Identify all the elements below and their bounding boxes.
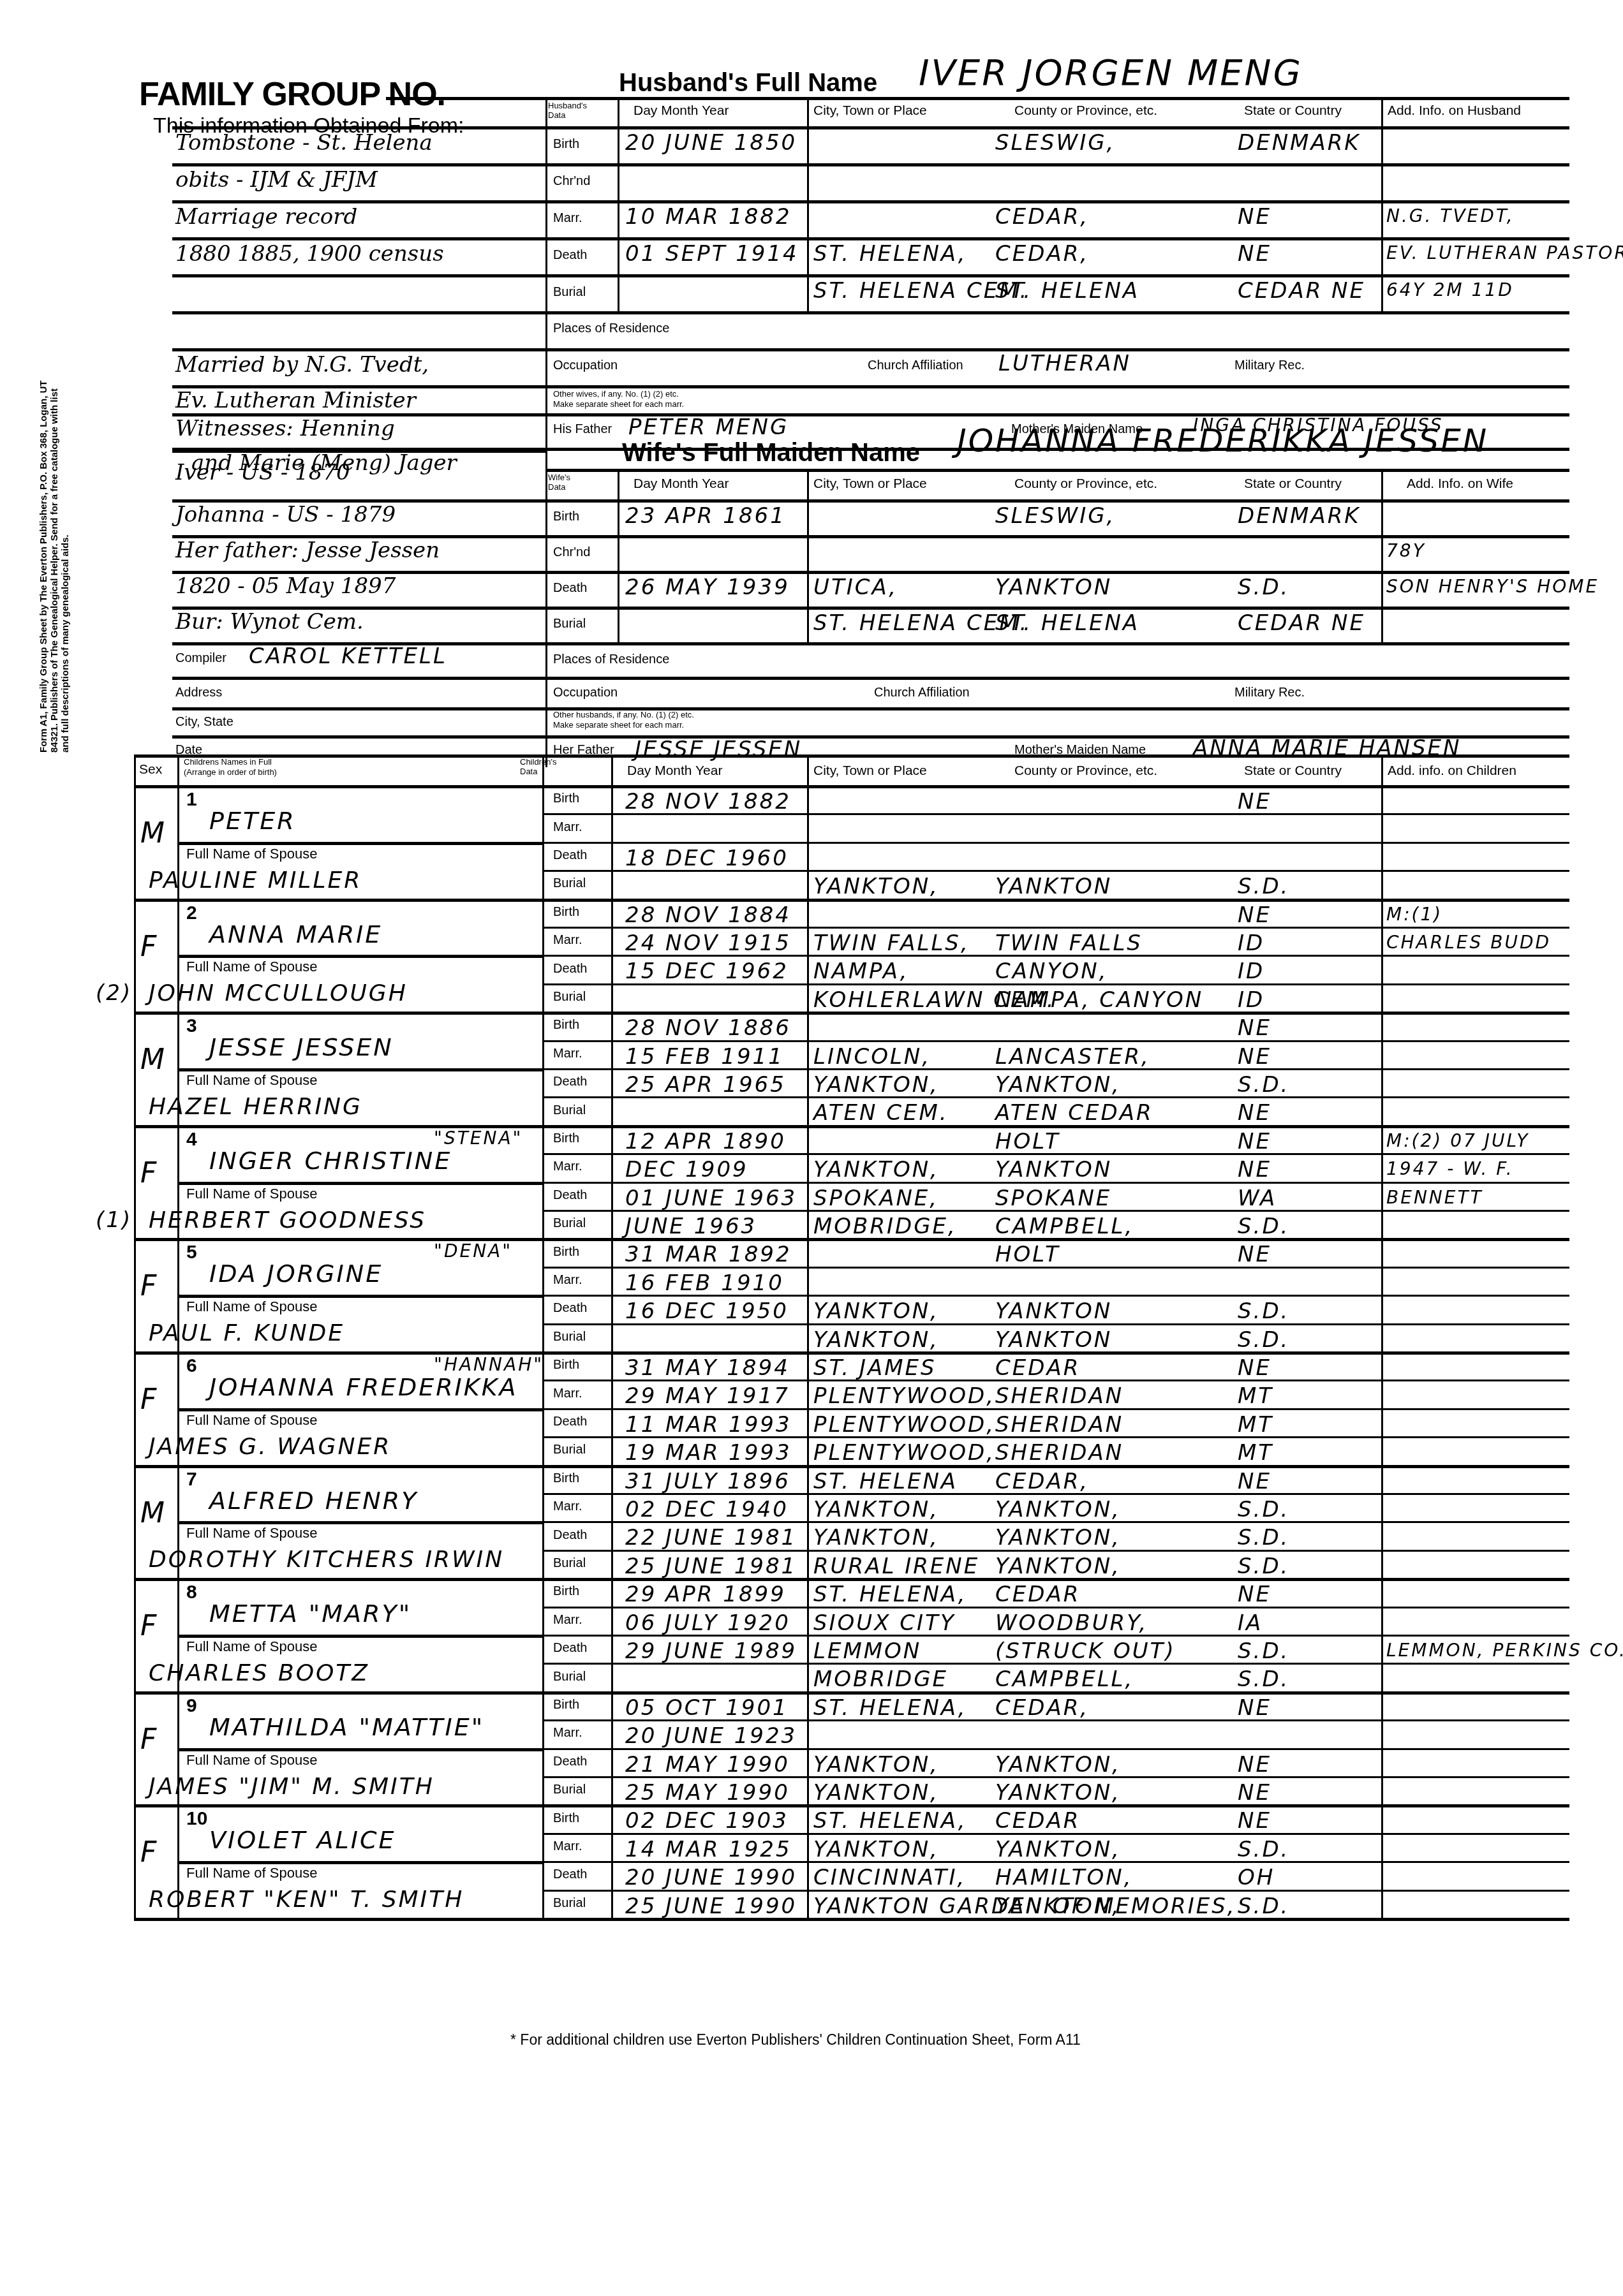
child-5-birth-state: NE <box>1238 1242 1271 1267</box>
places-of-residence-label: Places of Residence <box>553 321 669 336</box>
rule-line <box>542 1550 1569 1552</box>
child-7-birth-label: Birth <box>553 1471 579 1486</box>
child-4-death-state: WA <box>1238 1186 1277 1211</box>
child-6-marr-date: 29 May 1917 <box>625 1383 790 1409</box>
rule-line <box>177 1068 542 1071</box>
wife-birth-county: Sleswig, <box>995 503 1115 529</box>
child-3-burial-city: Aten Cem. <box>813 1100 949 1126</box>
child-7-death-city: Yankton, <box>813 1525 939 1550</box>
child-9-marr-label: Marr. <box>553 1726 582 1740</box>
source-note: Her father: Jesse Jessen <box>175 538 440 563</box>
child-8-death-info: Lemmon, Perkins Co. S.D. <box>1386 1640 1623 1661</box>
children-names-sub: (Arrange in order of birth) <box>184 767 277 777</box>
rule-line <box>542 842 1569 844</box>
other-husbands-sub: Make separate sheet for each marr. <box>553 720 684 730</box>
rule-line <box>177 1521 542 1524</box>
child-number: 9 <box>186 1695 197 1717</box>
child-9-burial-date: 25 May 1990 <box>625 1780 790 1806</box>
child-9-birth-state: NE <box>1238 1695 1271 1721</box>
child-spouse: Charles Bootz <box>149 1660 369 1686</box>
child-5-burial-state: S.D. <box>1238 1327 1289 1353</box>
rule-line <box>542 1210 1569 1212</box>
full-name-of-spouse-label: Full Name of Spouse <box>186 1638 317 1655</box>
child-2-marr-city: Twin Falls, <box>813 931 970 956</box>
footnote: * For additional children use Everton Pu… <box>510 2031 1081 2049</box>
full-name-of-spouse-label: Full Name of Spouse <box>186 1299 317 1315</box>
full-name-of-spouse-label: Full Name of Spouse <box>186 1186 317 1202</box>
child-5-birth-county: Holt <box>995 1242 1060 1267</box>
child-10-death-label: Death <box>553 1867 587 1882</box>
child-5-birth-label: Birth <box>553 1245 579 1260</box>
child-4-marr-label: Marr. <box>553 1159 582 1174</box>
child-7-birth-city: St. Helena <box>813 1469 958 1494</box>
child-8-marr-city: Sioux City <box>813 1610 956 1636</box>
child-spouse: Dorothy Kitchers Irwin <box>149 1547 504 1573</box>
children-state-header: State or Country <box>1244 763 1342 779</box>
child-3-death-city: Yankton, <box>813 1072 939 1098</box>
child-3-marr-city: Lincoln, <box>813 1044 931 1070</box>
child-10-burial-county: Yankton, <box>995 1894 1121 1919</box>
child-7-death-date: 22 June 1981 <box>625 1525 797 1550</box>
wifes-data-header: Wife's Data <box>548 473 586 492</box>
child-9-death-county: Yankton, <box>995 1752 1121 1777</box>
child-7-burial-city: rural Irene <box>813 1554 979 1579</box>
rule-line <box>134 1804 1569 1807</box>
child-number: 2 <box>186 902 197 924</box>
military-rec-label: Military Rec. <box>1234 358 1305 373</box>
child-sex: F <box>140 1270 158 1302</box>
husband-birth-label: Birth <box>553 137 579 152</box>
child-6-burial-label: Burial <box>553 1443 586 1457</box>
wife-father: Jesse Jessen <box>635 737 802 762</box>
child-name: Ida Jorgine <box>209 1260 383 1288</box>
source-note: Iver - US - 1870 <box>175 460 350 485</box>
rule-line <box>134 1578 1569 1581</box>
child-5-burial-city: Yankton, <box>813 1327 939 1353</box>
column-divider <box>542 754 544 1918</box>
wife-birth-state: Denmark <box>1238 503 1361 529</box>
rule-line <box>134 1238 1569 1241</box>
rule-line <box>542 983 1569 985</box>
child-7-birth-state: NE <box>1238 1469 1271 1494</box>
county-header: County or Province, etc. <box>1014 103 1157 119</box>
child-sex: M <box>140 1043 167 1076</box>
child-6-birth-city: St. James <box>813 1355 937 1381</box>
child-name: Violet Alice <box>209 1826 396 1854</box>
source-note: Ev. Lutheran Minister <box>175 388 416 413</box>
wife-death-label: Death <box>553 581 587 596</box>
child-6-death-city: Plentywood, <box>813 1412 995 1438</box>
child-3-death-label: Death <box>553 1075 587 1089</box>
rule-line <box>172 677 1569 680</box>
child-2-birth-date: 28 Nov 1884 <box>625 902 791 928</box>
rule-line <box>542 1267 1569 1269</box>
child-2-death-state: ID <box>1238 959 1264 984</box>
column-divider <box>807 469 809 642</box>
rule-line <box>542 1323 1569 1325</box>
child-sex: M <box>140 817 167 850</box>
husband-marr-info: N.G. Tvedt, <box>1386 205 1515 226</box>
rule-line <box>542 1408 1569 1410</box>
rule-line <box>172 311 1569 314</box>
child-10-marr-label: Marr. <box>553 1839 582 1854</box>
child-6-death-state: MT <box>1238 1412 1273 1438</box>
wife-death-info: son Henry's home <box>1386 576 1599 597</box>
child-8-marr-county: Woodbury, <box>995 1610 1148 1636</box>
child-8-burial-label: Burial <box>553 1670 586 1684</box>
rule-line <box>542 1890 1569 1892</box>
child-8-death-date: 29 June 1989 <box>625 1638 797 1664</box>
child-9-burial-city: Yankton, <box>813 1780 939 1806</box>
child-3-death-date: 25 Apr 1965 <box>625 1072 786 1098</box>
rule-line <box>542 955 1569 957</box>
child-sex: F <box>140 1610 158 1642</box>
child-8-burial-state: S.D. <box>1238 1667 1289 1692</box>
child-6-burial-date: 19 Mar 1993 <box>625 1440 792 1466</box>
rule-line <box>134 754 1569 758</box>
column-divider <box>611 754 613 1918</box>
wife-city-header: City, Town or Place <box>813 476 927 492</box>
rule-line <box>542 927 1569 929</box>
child-3-marr-state: NE <box>1238 1044 1271 1070</box>
child-8-death-state: S.D. <box>1238 1638 1289 1664</box>
child-name: Inger Christine <box>209 1147 452 1175</box>
child-4-death-date: 01 June 1963 <box>625 1186 797 1211</box>
child-9-burial-label: Burial <box>553 1783 586 1797</box>
child-4-marr-date: Dec 1909 <box>625 1157 748 1182</box>
other-husbands-label: Other husbands, if any. No. (1) (2) etc. <box>553 710 694 719</box>
column-divider <box>618 469 619 642</box>
child-10-death-city: Cincinnati, <box>813 1865 966 1890</box>
child-name: Johanna Frederikka <box>209 1373 518 1401</box>
child-name: Alfred Henry <box>209 1487 418 1515</box>
child-7-marr-county: Yankton, <box>995 1497 1121 1522</box>
child-4-burial-county: Campbell, <box>995 1214 1134 1239</box>
child-4-death-city: Spokane, <box>813 1186 938 1211</box>
rule-line <box>542 1663 1569 1665</box>
add-info-husband-header: Add. Info. on Husband <box>1388 103 1521 119</box>
child-10-birth-county: Cedar <box>995 1808 1080 1834</box>
child-5-burial-label: Burial <box>553 1330 586 1344</box>
rule-line <box>172 607 1569 610</box>
source-note: Witnesses: Henning <box>175 416 395 441</box>
child-8-birth-city: St. Helena, <box>813 1582 967 1607</box>
rule-line <box>542 1182 1569 1184</box>
child-9-birth-county: Cedar, <box>995 1695 1089 1721</box>
rule-line <box>542 1493 1569 1495</box>
child-6-birth-state: NE <box>1238 1355 1271 1381</box>
child-2-birth-info: m:(1) <box>1386 904 1442 925</box>
rule-line <box>542 1040 1569 1042</box>
child-5-birth-date: 31 Mar 1892 <box>625 1242 792 1267</box>
husband-death-county: Cedar, <box>995 241 1089 267</box>
rule-line <box>542 1776 1569 1778</box>
child-3-death-county: Yankton, <box>995 1072 1121 1098</box>
child-4-birth-label: Birth <box>553 1131 579 1146</box>
child-2-marr-date: 24 Nov 1915 <box>625 931 791 956</box>
child-6-burial-state: MT <box>1238 1440 1273 1466</box>
husband-church-affiliation: Lutheran <box>998 351 1131 376</box>
child-1-burial-county: Yankton <box>995 874 1112 899</box>
child-9-death-city: Yankton, <box>813 1752 939 1777</box>
rule-line <box>172 126 1569 129</box>
child-10-burial-date: 25 June 1990 <box>625 1894 797 1919</box>
child-6-death-county: Sheridan <box>995 1412 1123 1438</box>
child-5-death-city: Yankton, <box>813 1299 939 1324</box>
child-2-death-label: Death <box>553 962 587 976</box>
rule-line <box>172 163 1569 166</box>
full-name-of-spouse-label: Full Name of Spouse <box>186 1412 317 1429</box>
source-note: 1880 1885, 1900 census <box>175 241 444 267</box>
wife-birth-label: Birth <box>553 510 579 524</box>
child-2-burial-county: Nampa, Canyon <box>995 987 1203 1013</box>
child-7-marr-state: S.D. <box>1238 1497 1289 1522</box>
source-note: Marriage record <box>175 204 357 230</box>
husband-death-city: St. Helena, <box>813 241 967 267</box>
child-9-birth-label: Birth <box>553 1698 579 1712</box>
child-2-burial-label: Burial <box>553 990 586 1004</box>
wife-places-label: Places of Residence <box>553 652 669 667</box>
rule-line <box>172 348 1569 351</box>
child-9-death-date: 21 May 1990 <box>625 1752 790 1777</box>
child-3-birth-label: Birth <box>553 1018 579 1033</box>
wife-county-header: County or Province, etc. <box>1014 476 1157 492</box>
child-2-marr-county: Twin Falls <box>995 931 1143 956</box>
childrens-data-header: Children's Data <box>520 757 558 776</box>
husband-birth-date: 20 June 1850 <box>625 130 797 156</box>
husband-chrnd-label: Chr'nd <box>553 174 590 189</box>
husband-burial-label: Burial <box>553 285 586 300</box>
spouse-note: (1) <box>96 1207 132 1233</box>
city-state-label: City, State <box>175 715 233 730</box>
husband-death-label: Death <box>553 248 587 263</box>
child-7-burial-state: S.D. <box>1238 1554 1289 1579</box>
rule-line <box>134 1012 1569 1015</box>
child-7-burial-label: Burial <box>553 1556 586 1571</box>
child-name: Anna Marie <box>209 920 382 948</box>
address-label: Address <box>175 686 222 700</box>
husband-marr-date: 10 Mar 1882 <box>625 204 792 230</box>
rule-line <box>177 1748 542 1751</box>
wife-state-header: State or Country <box>1244 476 1342 492</box>
child-3-marr-county: Lancaster, <box>995 1044 1150 1070</box>
husband-burial-county: St. Helena <box>995 278 1139 304</box>
child-9-burial-county: Yankton, <box>995 1780 1121 1806</box>
rule-line <box>177 1182 542 1185</box>
child-sex: F <box>140 1723 158 1756</box>
child-4-birth-state: NE <box>1238 1129 1271 1154</box>
child-10-birth-label: Birth <box>553 1811 579 1826</box>
child-sex: F <box>140 1383 158 1416</box>
wife-military-label: Military Rec. <box>1234 686 1305 700</box>
add-info-children-header: Add. info. on Children <box>1388 763 1516 779</box>
child-2-death-date: 15 Dec 1962 <box>625 959 789 984</box>
column-divider <box>1381 754 1383 1918</box>
child-4-burial-label: Burial <box>553 1216 586 1231</box>
child-number: 6 <box>186 1355 197 1377</box>
child-nickname: "Stena" <box>434 1128 522 1149</box>
wife-occupation-label: Occupation <box>553 686 618 700</box>
column-divider <box>1381 469 1383 642</box>
rule-line <box>542 1436 1569 1438</box>
child-4-burial-date: June 1963 <box>625 1214 757 1239</box>
child-1-birth-date: 28 Nov 1882 <box>625 789 791 814</box>
rule-line <box>172 200 1569 203</box>
rule-line <box>542 1068 1569 1070</box>
rule-line <box>542 1748 1569 1750</box>
child-8-marr-date: 06 July 1920 <box>625 1610 790 1636</box>
husband-mother: Inga Christina Fouss <box>1193 415 1444 436</box>
rule-line <box>542 1635 1569 1637</box>
child-number: 5 <box>186 1242 197 1263</box>
children-names-header: Childrens Names in Full <box>184 757 272 767</box>
child-6-marr-state: MT <box>1238 1383 1273 1409</box>
rule-line <box>177 1295 542 1298</box>
wife-death-date: 26 May 1939 <box>625 575 790 600</box>
form-title: FAMILY GROUP NO. <box>139 75 445 114</box>
rule-line <box>542 1833 1569 1835</box>
child-3-burial-county: Aten Cedar <box>995 1100 1153 1126</box>
child-4-marr-info: 1947 - W. F. <box>1386 1158 1514 1179</box>
child-8-birth-state: NE <box>1238 1582 1271 1607</box>
child-6-birth-label: Birth <box>553 1358 579 1372</box>
child-10-death-county: Hamilton, <box>995 1865 1133 1890</box>
child-4-death-county: Spokane <box>995 1186 1111 1211</box>
child-2-marr-state: ID <box>1238 931 1264 956</box>
source-note: Tombstone - St. Helena <box>175 130 433 156</box>
wife-death-city: Utica, <box>813 575 898 600</box>
child-8-birth-date: 29 Apr 1899 <box>625 1582 786 1607</box>
date-header: Day Month Year <box>634 103 729 119</box>
rule-line <box>542 1607 1569 1608</box>
child-8-burial-city: Mobridge <box>813 1667 948 1692</box>
child-10-birth-date: 02 Dec 1903 <box>625 1808 789 1834</box>
child-spouse: Robert "Ken" T. Smith <box>149 1887 464 1913</box>
child-2-death-county: Canyon, <box>995 959 1108 984</box>
child-8-death-county: (struck out) <box>995 1638 1176 1664</box>
wife-death-county: Yankton <box>995 575 1112 600</box>
child-7-marr-date: 02 Dec 1940 <box>625 1497 789 1522</box>
rule-line <box>177 1408 542 1411</box>
child-10-birth-state: NE <box>1238 1808 1271 1834</box>
column-divider <box>134 754 136 1918</box>
child-number: 10 <box>186 1808 207 1830</box>
wife-date-header: Day Month Year <box>634 476 729 492</box>
source-note: obits - IJM & JFJM <box>175 167 378 193</box>
child-4-marr-city: Yankton, <box>813 1157 939 1182</box>
rule-line <box>134 1351 1569 1355</box>
rule-line <box>542 1096 1569 1098</box>
add-info-wife-header: Add. Info. on Wife <box>1407 476 1513 492</box>
child-6-burial-county: Sheridan <box>995 1440 1123 1466</box>
husband-burial-info: 64y 2m 11d <box>1386 279 1514 300</box>
child-9-death-state: NE <box>1238 1752 1271 1777</box>
publisher-side-note: Form A1, Family Group Sheet by The Evert… <box>38 370 71 753</box>
child-4-marr-county: Yankton <box>995 1157 1112 1182</box>
rule-line <box>542 1295 1569 1297</box>
child-8-death-city: Lemmon <box>813 1638 921 1664</box>
full-name-of-spouse-label: Full Name of Spouse <box>186 959 317 975</box>
child-5-burial-county: Yankton <box>995 1327 1112 1353</box>
child-6-marr-label: Marr. <box>553 1387 582 1401</box>
child-7-marr-city: Yankton, <box>813 1497 939 1522</box>
rule-line <box>386 97 1569 100</box>
child-5-marr-date: 16 Feb 1910 <box>625 1270 784 1296</box>
child-name: Mathilda "Mattie" <box>209 1713 484 1741</box>
rule-line <box>134 1691 1569 1695</box>
child-7-birth-county: Cedar, <box>995 1469 1089 1494</box>
child-4-death-info: Bennett <box>1386 1187 1483 1208</box>
compiler-label: Compiler <box>175 651 226 666</box>
husband-marr-county: Cedar, <box>995 204 1089 230</box>
source-note: 1820 - 05 May 1897 <box>175 573 396 599</box>
child-nickname: "Hannah" <box>434 1354 544 1375</box>
child-2-marr-label: Marr. <box>553 933 582 948</box>
state-header: State or Country <box>1244 103 1342 119</box>
child-2-birth-label: Birth <box>553 905 579 920</box>
husband-marr-label: Marr. <box>553 211 582 226</box>
child-sex: F <box>140 1836 158 1869</box>
child-10-marr-city: Yankton, <box>813 1837 939 1862</box>
rule-line <box>542 1153 1569 1155</box>
husband-death-info: Ev. Lutheran Pastor <box>1386 242 1623 263</box>
child-8-death-label: Death <box>553 1641 587 1656</box>
child-8-marr-state: IA <box>1238 1610 1263 1636</box>
rule-line <box>177 842 542 845</box>
church-affiliation-label: Church Affiliation <box>868 358 963 373</box>
husband-death-state: NE <box>1238 241 1271 267</box>
wife-burial-state: Cedar NE <box>1238 610 1365 636</box>
child-6-marr-city: Plentywood, <box>813 1383 995 1409</box>
child-10-burial-label: Burial <box>553 1896 586 1911</box>
children-city-header: City, Town or Place <box>813 763 927 779</box>
wife-death-state: S.D. <box>1238 575 1289 600</box>
child-1-burial-state: S.D. <box>1238 874 1289 899</box>
child-4-birth-date: 12 Apr 1890 <box>625 1129 786 1154</box>
child-3-birth-state: NE <box>1238 1015 1271 1041</box>
child-5-death-label: Death <box>553 1301 587 1316</box>
child-6-burial-city: Plentywood, <box>813 1440 995 1466</box>
child-name: Peter <box>209 807 296 835</box>
husband-mother-label: Mother's Maiden Name <box>1011 422 1143 437</box>
rule-line <box>134 1465 1569 1468</box>
source-note: Bur: Wynot Cem. <box>175 609 364 635</box>
wife-chrnd-label: Chr'nd <box>553 545 590 560</box>
rule-line <box>177 1861 542 1864</box>
child-number: 7 <box>186 1469 197 1490</box>
wife-birth-date: 23 Apr 1861 <box>625 503 786 529</box>
child-1-burial-city: Yankton, <box>813 874 939 899</box>
full-name-of-spouse-label: Full Name of Spouse <box>186 1865 317 1881</box>
child-1-birth-state: NE <box>1238 789 1271 814</box>
child-4-marr-state: NE <box>1238 1157 1271 1182</box>
husband-birth-state: Denmark <box>1238 130 1361 156</box>
child-10-marr-state: S.D. <box>1238 1837 1289 1862</box>
husband-name-label: Husband's Full Name <box>619 69 877 98</box>
child-4-burial-city: Mobridge, <box>813 1214 957 1239</box>
child-5-death-date: 16 Dec 1950 <box>625 1299 789 1324</box>
child-5-death-state: S.D. <box>1238 1299 1289 1324</box>
child-4-burial-state: S.D. <box>1238 1214 1289 1239</box>
child-7-death-label: Death <box>553 1528 587 1543</box>
rule-line <box>172 274 1569 277</box>
child-nickname: "Dena" <box>434 1240 512 1262</box>
wife-church-label: Church Affiliation <box>874 686 970 700</box>
child-10-birth-city: St. Helena, <box>813 1808 967 1834</box>
full-name-of-spouse-label: Full Name of Spouse <box>186 1525 317 1542</box>
child-5-marr-label: Marr. <box>553 1273 582 1288</box>
child-name: Metta "Mary" <box>209 1600 411 1628</box>
